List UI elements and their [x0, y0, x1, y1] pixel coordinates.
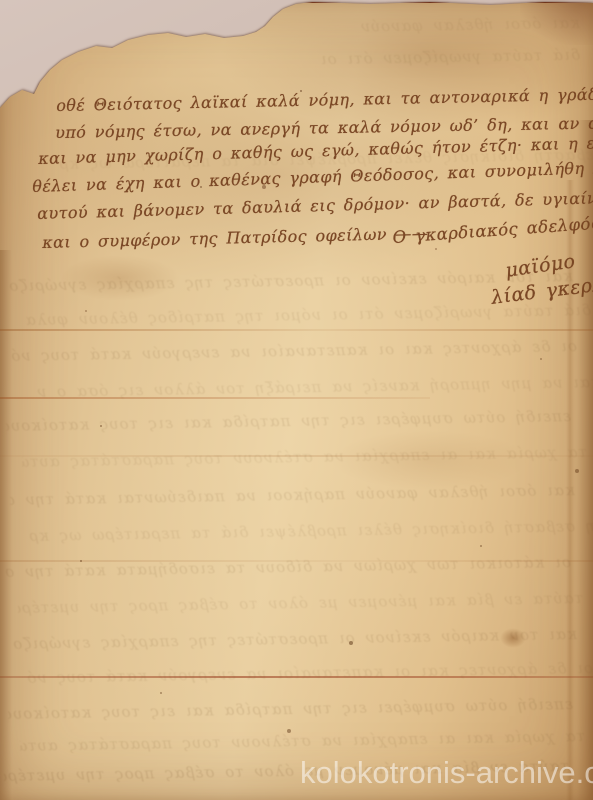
bleedthrough-line: οι κάτοικοι των χωρίων να δίδουν τα εισο… [6, 553, 571, 581]
photo-of-manuscript: και όσοι ήθελαν φανούν διά ταύτα γνωρίζο… [0, 0, 593, 800]
bleedthrough-line: η σεβαστή διοίκησις θέλει προβλέψει διά … [30, 517, 593, 545]
bleedthrough-line: και τον καιρόν εκείνον οι προεστώτες της… [8, 267, 573, 295]
bleedthrough-line: ταύτα εν βία και μένομεν με όλον το σέβα… [18, 589, 583, 617]
paper-top-edge [293, 0, 593, 3]
manuscript-paper: και όσοι ήθελαν φανούν διά ταύτα γνωρίζο… [0, 0, 593, 800]
paper-wrap: και όσοι ήθελαν φανούν διά ταύτα γνωρίζο… [0, 0, 593, 800]
manuscript-line: οθέ Θειότατος λαϊκαί καλά νόμη, και τα α… [56, 83, 593, 115]
archive-watermark: kolokotronis-archive.org [300, 755, 593, 791]
bleedthrough-line: επειδή ούτω συμφέρει εις την πατρίδα και… [6, 407, 571, 435]
bleedthrough-line: οι δε άρχοντες και οι καπεταναίοι να ενε… [12, 337, 577, 365]
bleedthrough-line: τα χωρία και αι επαρχίαι να στέλνουν του… [22, 443, 587, 471]
bleedthrough-line: επειδή ούτω συμφέρει εις την πατρίδα και… [8, 695, 573, 723]
bleedthrough-line: οι δε άρχοντες και οι καπεταναίοι να ενε… [28, 659, 593, 687]
closing-salutation: Ο γκαρδιακός αδελφός σου [392, 211, 593, 247]
bleedthrough-line: διά ταύτα γνωρίζομεν ότι οι νόμοι [320, 46, 580, 69]
manuscript-line: και ο συμφέρον της Πατρίδος οφείλων —— [42, 224, 428, 252]
bleedthrough-line: και όσοι ήθελαν φανούν παρήκοοι να παιδε… [10, 481, 575, 509]
fold-crease [0, 329, 593, 331]
bleedthrough-line: και τον καιρόν εκείνον οι προεστώτες της… [12, 625, 577, 653]
bleedthrough-line: τα χωρία και αι επαρχίαι να στέλνουν του… [20, 727, 585, 755]
bleedthrough-line: και όσοι ήθελαν φανούν [330, 14, 580, 36]
